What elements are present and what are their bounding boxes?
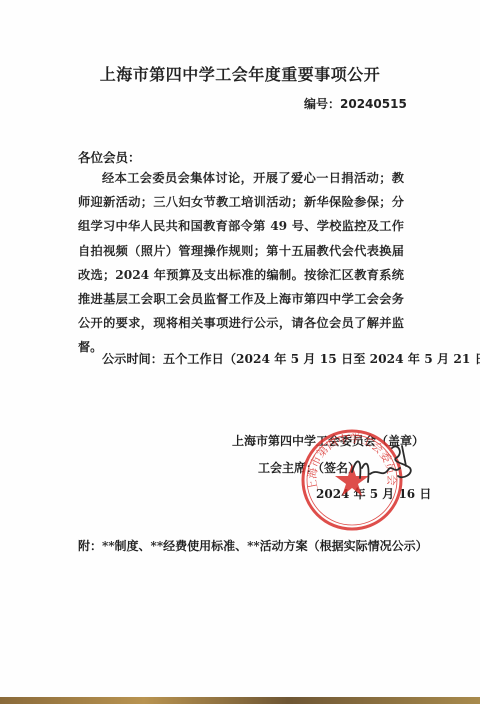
body-paragraph: 经本工会委员会集体讨论，开展了爱心一日捐活动；教师迎新活动；三八妇女节教工培训活… (78, 166, 404, 360)
signature-chairman: 工会主席：（签名） (258, 459, 360, 476)
desk-surface-edge (0, 697, 480, 704)
document-number: 编号：20240515 (304, 95, 407, 112)
document-page: 上海市第四中学工会年度重要事项公开 编号：20240515 各位会员： 经本工会… (0, 0, 480, 697)
signature-date: 2024 年 5 月 16 日 (316, 485, 431, 502)
attachment-note: 附：**制度、**经费使用标准、**活动方案（根据实际情况公示） (78, 537, 428, 554)
signature-organization: 上海市第四中学工会委员会（盖章） (232, 432, 424, 449)
document-title: 上海市第四中学工会年度重要事项公开 (0, 62, 480, 85)
greeting: 各位会员： (78, 148, 141, 166)
publicity-period: 公示时间：五个工作日（2024 年 5 月 15 日至 2024 年 5 月 2… (102, 350, 480, 367)
